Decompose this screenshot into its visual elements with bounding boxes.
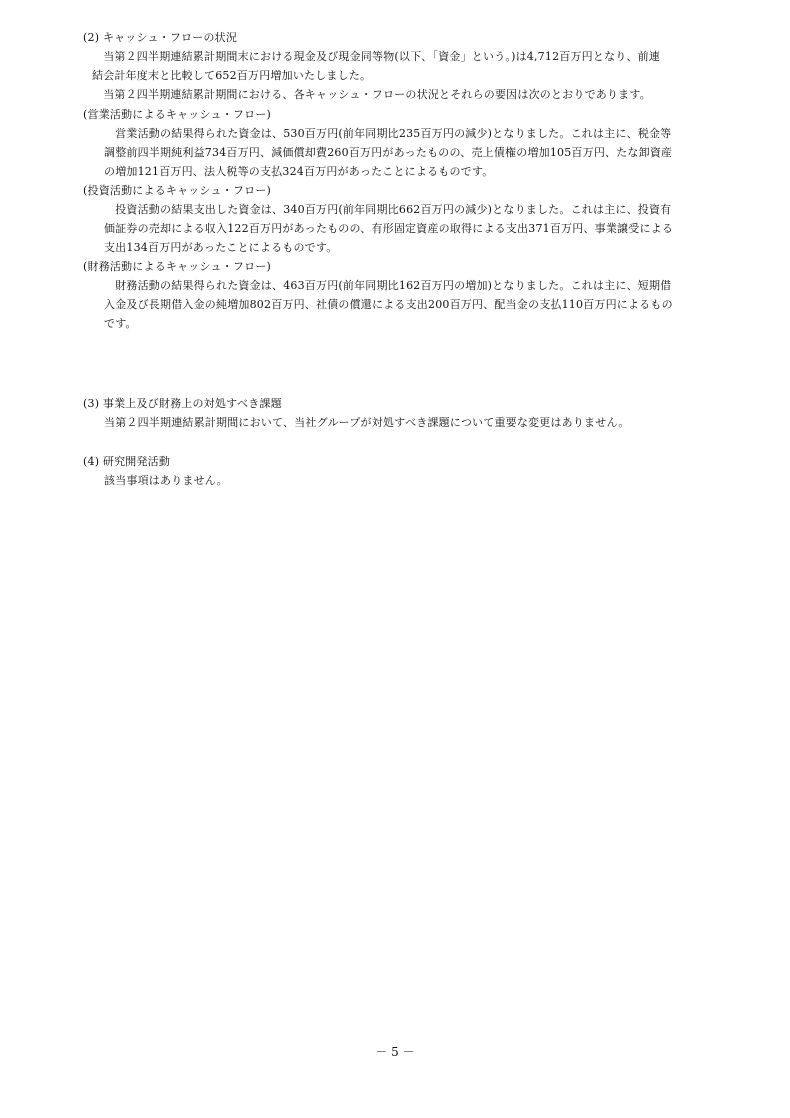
paragraph-line: 該当事項はありません。 bbox=[104, 474, 228, 488]
paragraph-line: 投資活動の結果支出した資金は、340百万円(前年同期比662百万円の減少)となり… bbox=[104, 203, 671, 217]
document-page: (2) キャッシュ・フローの状況 当第２四半期連結累計期間末における現金及び現金… bbox=[0, 0, 790, 1118]
paragraph-line: 結会計年度末と比較して652百万円増加いたしました。 bbox=[92, 69, 371, 83]
page-number: － 5 － bbox=[0, 1043, 790, 1060]
paragraph-line: 価証券の売却による収入122百万円があったものの、有形固定資産の取得による支出3… bbox=[104, 222, 673, 236]
paragraph-line: の増加121百万円、法人税等の支払324百万円があったことによるものです。 bbox=[104, 165, 493, 179]
paragraph-line: 当第２四半期連結累計期間における、各キャッシュ・フローの状況とそれらの要因は次の… bbox=[92, 88, 651, 102]
paragraph-line: 入金及び長期借入金の純増加802百万円、社債の償還による支出200百万円、配当金… bbox=[104, 298, 673, 312]
subheading-financing: (財務活動によるキャッシュ・フロー) bbox=[83, 260, 271, 274]
subheading-operating: (営業活動によるキャッシュ・フロー) bbox=[83, 108, 271, 122]
paragraph-line: です。 bbox=[104, 317, 137, 331]
section-heading-cash-flow: (2) キャッシュ・フローの状況 bbox=[83, 31, 237, 45]
section-heading-issues: (3) 事業上及び財務上の対処すべき課題 bbox=[83, 397, 282, 411]
subheading-investing: (投資活動によるキャッシュ・フロー) bbox=[83, 184, 271, 198]
paragraph-line: 財務活動の結果得られた資金は、463百万円(前年同期比162百万円の増加)となり… bbox=[104, 279, 671, 293]
paragraph-line: 支出134百万円があったことによるものです。 bbox=[104, 241, 337, 255]
paragraph-line: 当第２四半期連結累計期間において、当社グループが対処すべき課題について重要な変更… bbox=[104, 416, 630, 430]
section-heading-rnd: (4) 研究開発活動 bbox=[83, 455, 170, 469]
paragraph-line: 当第２四半期連結累計期間末における現金及び現金同等物(以下、「資金」という。)は… bbox=[92, 50, 660, 64]
paragraph-line: 営業活動の結果得られた資金は、530百万円(前年同期比235百万円の減少)となり… bbox=[104, 127, 671, 141]
paragraph-line: 調整前四半期純利益734百万円、減価償却費260百万円があったものの、売上債権の… bbox=[104, 146, 672, 160]
